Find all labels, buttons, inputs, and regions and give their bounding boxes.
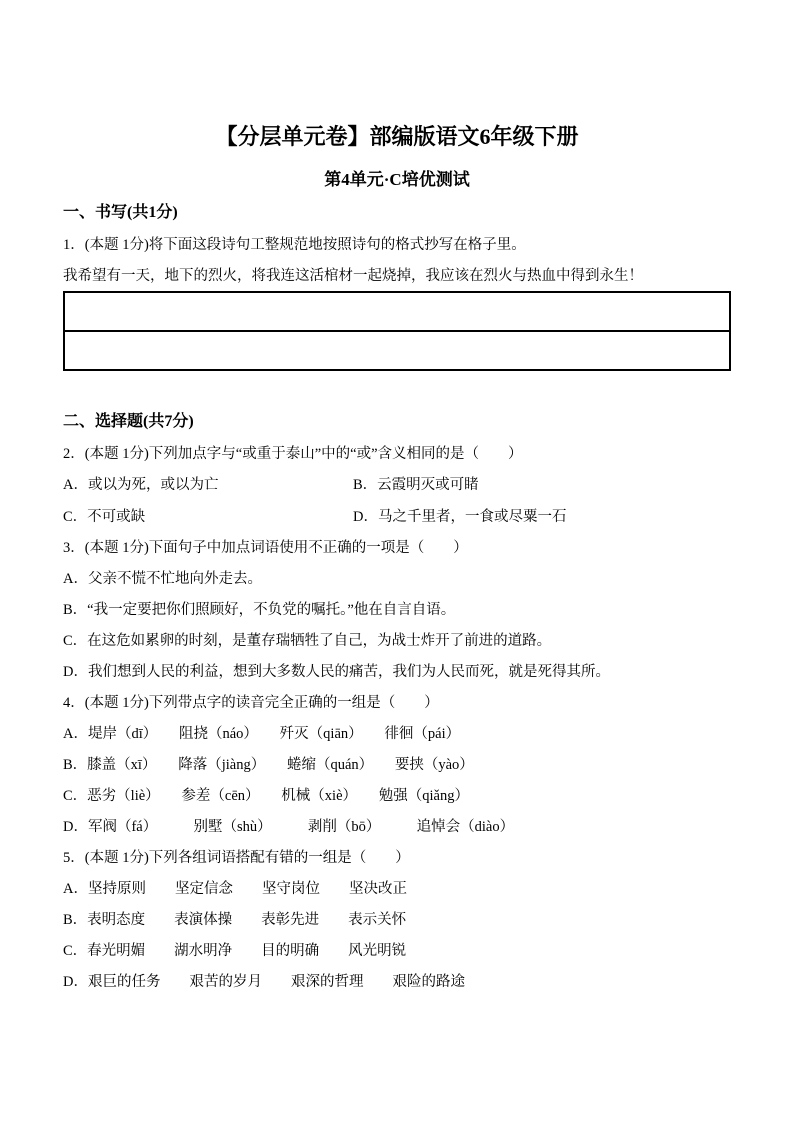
page-title: 【分层单元卷】部编版语文6年级下册 [63, 122, 731, 152]
q4-option-c: C．恶劣（liè） 参差（cēn） 机械（xiè） 勉强（qiǎng） [63, 786, 731, 806]
q3-option-c: C．在这危如累卵的时刻，是董存瑞牺牲了自己，为战士炸开了前进的道路。 [63, 631, 731, 651]
q4-option-a: A．堤岸（dī） 阻挠（náo） 歼灭（qiān） 徘徊（pái） [63, 724, 731, 744]
q2-option-b: B．云霞明灭或可睹 [353, 475, 731, 495]
q2-option-a: A．或以为死，或以为亡 [63, 475, 353, 495]
q5-option-b: B．表明态度 表演体操 表彰先进 表示关怀 [63, 910, 731, 930]
section-writing: 一、书写(共1分) 1．(本题 1分)将下面这段诗句工整规范地按照诗句的格式抄写… [63, 202, 731, 371]
section-choice: 二、选择题(共7分) 2．(本题 1分)下列加点字与“或重于泰山”中的“或”含义… [63, 411, 731, 992]
section2-heading: 二、选择题(共7分) [63, 411, 731, 433]
q2-options: A．或以为死，或以为亡 B．云霞明灭或可睹 C．不可或缺 D．马之千里者，一食或… [63, 475, 731, 527]
q4-option-d: D．军阀（fá） 别墅（shù） 剥削（bō） 追悼会（diào） [63, 817, 731, 837]
q2-stem: 2．(本题 1分)下列加点字与“或重于泰山”中的“或”含义相同的是（ ） [63, 444, 731, 464]
q5-option-d: D．艰巨的任务 艰苦的岁月 艰深的哲理 艰险的路途 [63, 972, 731, 992]
q1-passage: 我希望有一天，地下的烈火，将我连这活棺材一起烧掉，我应该在烈火与热血中得到永生！ [63, 266, 731, 286]
q2-option-c: C．不可或缺 [63, 507, 353, 527]
writing-grid-cell-2[interactable] [64, 331, 730, 370]
writing-grid-row [64, 292, 730, 331]
q3-option-b: B．“我一定要把你们照顾好，不负党的嘱托。”他在自言自语。 [63, 600, 731, 620]
q4-option-b: B．膝盖（xī） 降落（jiàng） 蜷缩（quán） 要挟（yào） [63, 755, 731, 775]
writing-grid-cell-1[interactable] [64, 292, 730, 331]
q3-option-a: A．父亲不慌不忙地向外走去。 [63, 569, 731, 589]
q3-stem: 3．(本题 1分)下面句子中加点词语使用不正确的一项是（ ） [63, 538, 731, 558]
q1-writing-grid [63, 291, 731, 371]
writing-grid-row [64, 331, 730, 370]
q2-option-d: D．马之千里者，一食或尽粟一石 [353, 507, 731, 527]
q3-option-d: D．我们想到人民的利益，想到大多数人民的痛苦，我们为人民而死，就是死得其所。 [63, 662, 731, 682]
page-content: 【分层单元卷】部编版语文6年级下册 第4单元·C培优测试 一、书写(共1分) 1… [0, 0, 794, 992]
q1-stem: 1．(本题 1分)将下面这段诗句工整规范地按照诗句的格式抄写在格子里。 [63, 235, 731, 255]
page-subtitle: 第4单元·C培优测试 [63, 168, 731, 192]
q5-option-c: C．春光明媚 湖水明净 目的明确 风光明锐 [63, 941, 731, 961]
document-page: 【分层单元卷】部编版语文6年级下册 第4单元·C培优测试 一、书写(共1分) 1… [0, 0, 794, 1123]
q5-option-a: A．坚持原则 坚定信念 坚守岗位 坚决改正 [63, 879, 731, 899]
section1-heading: 一、书写(共1分) [63, 202, 731, 224]
q5-stem: 5．(本题 1分)下列各组词语搭配有错的一组是（ ） [63, 848, 731, 868]
q4-stem: 4．(本题 1分)下列带点字的读音完全正确的一组是（ ） [63, 693, 731, 713]
